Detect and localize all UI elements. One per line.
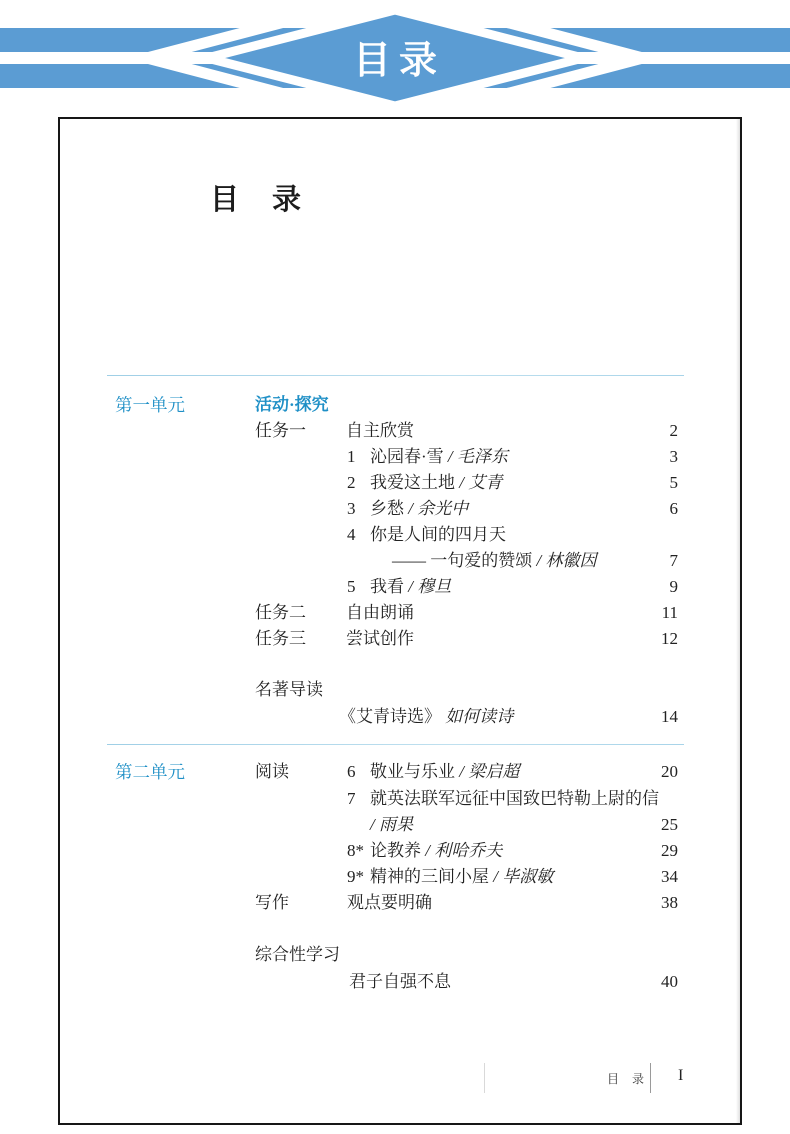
unit-label: 第二单元 [115, 762, 185, 782]
category-label: 活动·探究 [255, 395, 329, 415]
entry-author: / 穆旦 [404, 577, 451, 596]
category-label: 写作 [255, 893, 289, 913]
entry-author: / 毛泽东 [444, 447, 508, 466]
page-title: 目 录 [210, 177, 303, 218]
toc-row: 名著导读 [60, 680, 740, 704]
toc-row: 任务二自由朗诵11 [60, 603, 740, 627]
entry-page-number: 6 [608, 499, 678, 519]
toc-row: —— 一句爱的赞颂 / 林徽因7 [60, 551, 740, 575]
entry-author: / 梁启超 [455, 762, 519, 781]
entry-author: / 林徽因 [532, 551, 596, 570]
entry-page-number: 7 [608, 551, 678, 571]
entry-author: / 艾青 [455, 473, 502, 492]
entry-author: / 余光中 [404, 499, 468, 518]
entry-page-number: 25 [608, 815, 678, 835]
toc-row: 8*论教养 / 利哈乔夫29 [60, 841, 740, 865]
entry-title: —— 一句爱的赞颂 / 林徽因 [392, 551, 596, 571]
entry-title: 敬业与乐业 / 梁启超 [370, 762, 519, 782]
entry-title: 我爱这土地 / 艾青 [370, 473, 502, 493]
toc-row: 9*精神的三间小屋 / 毕淑敏34 [60, 867, 740, 891]
entry-page-number: 38 [608, 893, 678, 913]
entry-title: 《艾青诗选》 如何读诗 [339, 707, 513, 727]
entry-author: / 利哈乔夫 [421, 841, 502, 860]
footer-section-label: 目 录 [607, 1070, 649, 1087]
footer-page-number: I [678, 1067, 683, 1085]
category-label: 任务三 [255, 629, 306, 649]
entry-page-number: 29 [608, 841, 678, 861]
toc-row: 4你是人间的四月天 [60, 525, 740, 549]
entry-page-number: 2 [608, 421, 678, 441]
toc-row: 2我爱这土地 / 艾青5 [60, 473, 740, 497]
toc-row: 综合性学习 [60, 945, 740, 969]
entry-title: 沁园春·雪 / 毛泽东 [370, 447, 508, 467]
toc-page: 目 录 第一单元活动·探究任务一自主欣赏21沁园春·雪 / 毛泽东32我爱这土地… [58, 117, 742, 1125]
toc-row: 第一单元活动·探究 [60, 395, 740, 419]
unit-label: 第一单元 [115, 395, 185, 415]
entry-page-number: 34 [608, 867, 678, 887]
category-label: 阅读 [255, 762, 289, 782]
entry-page-number: 12 [608, 629, 678, 649]
lesson-number: 3 [347, 499, 356, 519]
lesson-number: 5 [347, 577, 356, 597]
entry-subtitle: 如何读诗 [441, 707, 513, 726]
entry-title: 论教养 / 利哈乔夫 [370, 841, 502, 861]
entry-author: / 毕淑敏 [489, 867, 553, 886]
category-label: 任务一 [255, 421, 306, 441]
entry-page-number: 11 [608, 603, 678, 623]
entry-author: / 雨果 [370, 815, 413, 834]
entry-page-number: 14 [608, 707, 678, 727]
lesson-number: 6 [347, 762, 356, 782]
banner-title: 目录 [353, 38, 445, 82]
category-label: 任务二 [255, 603, 306, 623]
banner-graphic: 目录 [0, 0, 790, 118]
lesson-number: 7 [347, 789, 356, 809]
entry-title: 乡愁 / 余光中 [370, 499, 468, 519]
unit-divider-line [107, 375, 684, 376]
toc-row: 写作观点要明确38 [60, 893, 740, 917]
banner: 目录 [0, 0, 790, 118]
entry-title: 我看 / 穆旦 [370, 577, 451, 597]
footer-divider [650, 1063, 651, 1093]
toc-row: 1沁园春·雪 / 毛泽东3 [60, 447, 740, 471]
toc-row: / 雨果25 [60, 815, 740, 839]
toc-row: 5我看 / 穆旦9 [60, 577, 740, 601]
entry-title: / 雨果 [370, 815, 413, 835]
unit-divider-line [107, 744, 684, 745]
entry-title: 自主欣赏 [346, 421, 414, 441]
toc-row: 任务一自主欣赏2 [60, 421, 740, 445]
entry-page-number: 20 [608, 762, 678, 782]
footer-divider-faint [484, 1063, 485, 1093]
entry-title: 观点要明确 [347, 893, 432, 913]
toc-row: 7就英法联军远征中国致巴特勒上尉的信 [60, 789, 740, 813]
category-label: 名著导读 [255, 680, 323, 700]
entry-page-number: 5 [608, 473, 678, 493]
entry-title: 尝试创作 [346, 629, 414, 649]
entry-title: 就英法联军远征中国致巴特勒上尉的信 [370, 789, 659, 809]
entry-title: 自由朗诵 [346, 603, 414, 623]
toc-row: 君子自强不息40 [60, 972, 740, 996]
toc-row: 《艾青诗选》 如何读诗14 [60, 707, 740, 731]
lesson-number: 4 [347, 525, 356, 545]
toc-row: 第二单元阅读6敬业与乐业 / 梁启超20 [60, 762, 740, 786]
entry-title: 君子自强不息 [349, 972, 451, 992]
lesson-number: 9* [347, 867, 364, 887]
toc-row: 3乡愁 / 余光中6 [60, 499, 740, 523]
entry-page-number: 9 [608, 577, 678, 597]
entry-page-number: 3 [608, 447, 678, 467]
lesson-number: 8* [347, 841, 364, 861]
toc-row: 任务三尝试创作12 [60, 629, 740, 653]
category-label: 综合性学习 [255, 945, 340, 965]
entry-title: 你是人间的四月天 [370, 525, 506, 545]
entry-page-number: 40 [608, 972, 678, 992]
lesson-number: 2 [347, 473, 356, 493]
lesson-number: 1 [347, 447, 356, 467]
entry-title: 精神的三间小屋 / 毕淑敏 [370, 867, 553, 887]
